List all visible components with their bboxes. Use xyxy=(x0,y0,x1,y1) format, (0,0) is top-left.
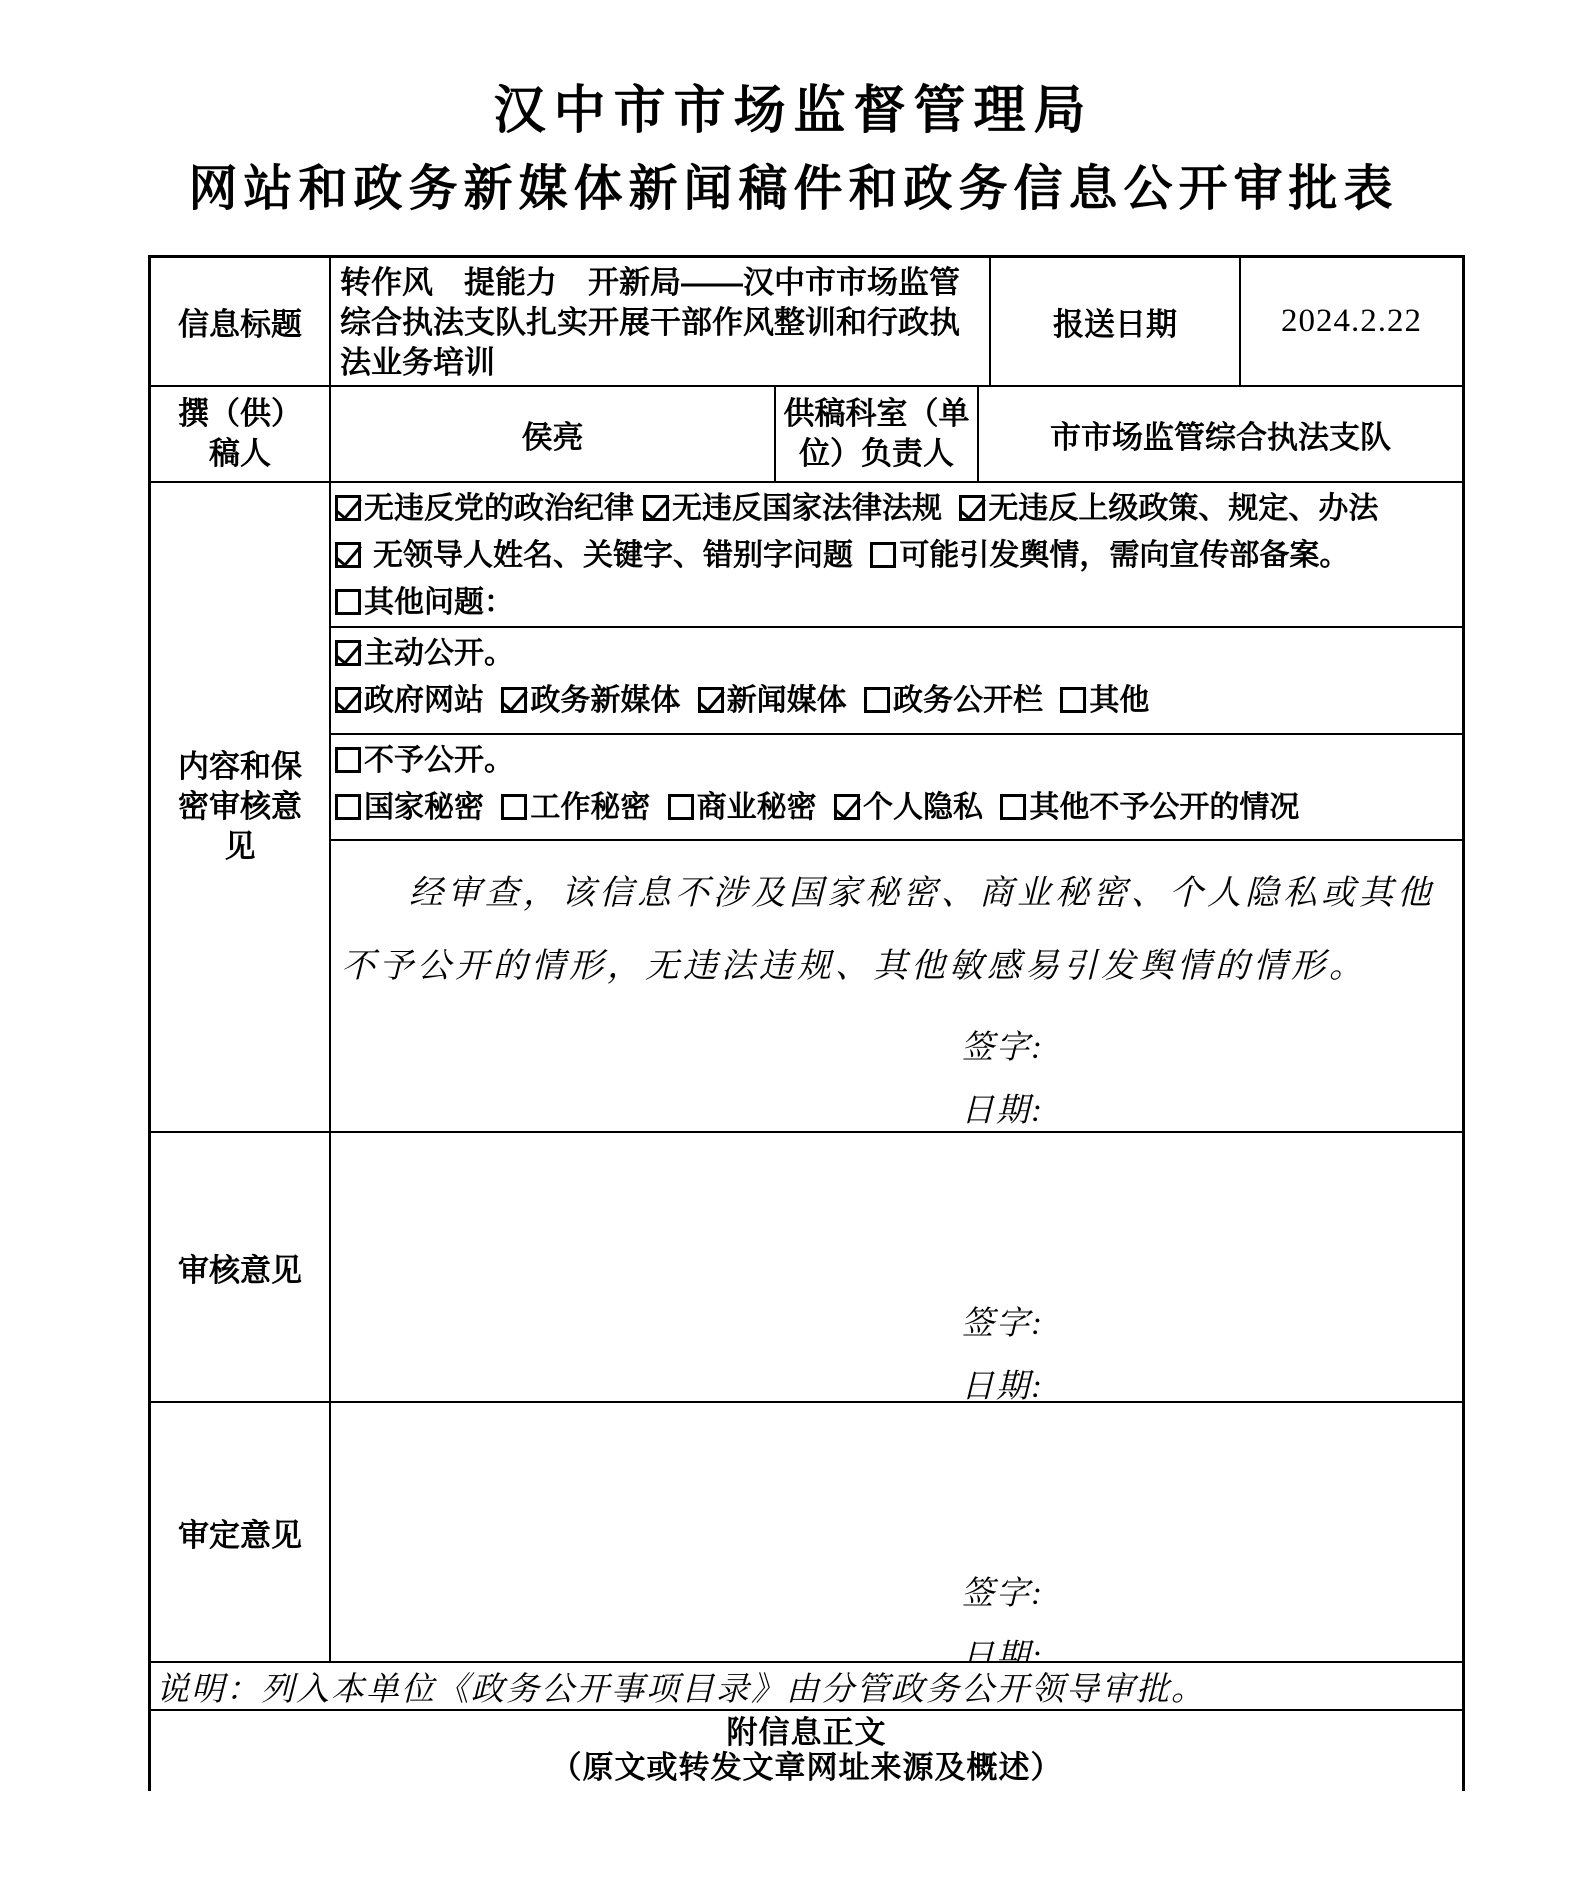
checkbox-unchecked-icon[interactable] xyxy=(668,794,694,820)
checkbox-may-cause-public-opinion[interactable]: 可能引发舆情，需向宣传部备案。 xyxy=(870,532,1349,579)
checkbox-proactive-disclosure[interactable]: 主动公开。 xyxy=(335,630,514,677)
checkbox-work-secret[interactable]: 工作秘密 xyxy=(501,784,650,831)
approval-opinion-area: 签字: 日期: xyxy=(331,1403,1462,1661)
author-label: 撰（供）稿人 xyxy=(151,387,331,481)
review-statement-section: 经审查，该信息不涉及国家秘密、商业秘密、个人隐私或其他不予公开的情形，无违法违规… xyxy=(331,841,1462,1131)
appendix-title: 附信息正文 xyxy=(151,1715,1462,1750)
nondisclosure-reasons-line: 国家秘密 工作秘密 商业秘密 个人隐私 其他不予公开的情况 xyxy=(335,784,1458,831)
checkbox-unchecked-icon[interactable] xyxy=(870,542,896,568)
checkbox-no-party-discipline-violation[interactable]: 无违反党的政治纪律 xyxy=(335,485,634,532)
approval-opinion-row: 审定意见 签字: 日期: xyxy=(151,1403,1462,1663)
checkbox-other-nondisclosure[interactable]: 其他不予公开的情况 xyxy=(1000,784,1299,831)
checkbox-no-leader-name-typo-issues[interactable]: 无领导人姓名、关键字、错别字问题 xyxy=(335,532,853,579)
date-label: 日期: xyxy=(961,1080,1044,1131)
document-subtitle: 网站和政务新媒体新闻稿件和政务信息公开审批表 xyxy=(0,150,1587,220)
dept-head-label: 供稿科室（单位）负责人 xyxy=(776,387,979,481)
review-opinion-signature-block: 签字: 日期: xyxy=(961,1293,1044,1401)
review-statement-text: 经审查，该信息不涉及国家秘密、商业秘密、个人隐私或其他不予公开的情形，无违法违规… xyxy=(335,843,1458,1003)
review-opinion-area: 签字: 日期: xyxy=(331,1133,1462,1401)
checkbox-checked-icon[interactable] xyxy=(698,687,724,713)
checkbox-checked-icon[interactable] xyxy=(834,794,860,820)
checkbox-no-law-violation[interactable]: 无违反国家法律法规 xyxy=(643,485,942,532)
signature-label: 签字: xyxy=(961,1293,1044,1356)
checkbox-business-secret[interactable]: 商业秘密 xyxy=(668,784,817,831)
content-review-area: 无违反党的政治纪律无违反国家法律法规 无违反上级政策、规定、办法 无领导人姓名、… xyxy=(331,483,1462,1131)
nondisclosure-line: 不予公开。 xyxy=(335,737,1458,784)
approval-opinion-label: 审定意见 xyxy=(151,1403,331,1661)
checkbox-unchecked-icon[interactable] xyxy=(335,747,361,773)
content-check-line-3: 其他问题： xyxy=(335,579,1458,626)
checkbox-unchecked-icon[interactable] xyxy=(1000,794,1026,820)
checkbox-checked-icon[interactable] xyxy=(335,640,361,666)
approval-opinion-signature-block: 签字: 日期: xyxy=(961,1563,1044,1661)
content-check-line-2: 无领导人姓名、关键字、错别字问题 可能引发舆情，需向宣传部备案。 xyxy=(335,532,1458,579)
date-label: 日期: xyxy=(961,1626,1044,1661)
review-signature-block: 签字: 日期: xyxy=(961,1017,1044,1131)
checkbox-checked-icon[interactable] xyxy=(335,687,361,713)
checkbox-no-policy-violation[interactable]: 无违反上级政策、规定、办法 xyxy=(959,485,1378,532)
checkbox-unchecked-icon[interactable] xyxy=(335,794,361,820)
content-check-line-1: 无违反党的政治纪律无违反国家法律法规 无违反上级政策、规定、办法 xyxy=(335,485,1458,532)
checkbox-gov-new-media[interactable]: 政务新媒体 xyxy=(501,677,680,724)
checkbox-checked-icon[interactable] xyxy=(959,495,985,521)
checkbox-other-channel[interactable]: 其他 xyxy=(1060,677,1149,724)
content-check-section: 无违反党的政治纪律无违反国家法律法规 无违反上级政策、规定、办法 无领导人姓名、… xyxy=(331,483,1462,628)
approval-form-page: 汉中市市场监督管理局 网站和政务新媒体新闻稿件和政务信息公开审批表 信息标题 转… xyxy=(0,0,1587,1894)
review-opinion-row: 审核意见 签字: 日期: xyxy=(151,1133,1462,1403)
checkbox-checked-icon[interactable] xyxy=(643,495,669,521)
info-title-value: 转作风 提能力 开新局——汉中市市场监管综合执法支队扎实开展干部作风整训和行政执… xyxy=(331,258,991,385)
info-title-label: 信息标题 xyxy=(151,258,331,385)
checkbox-unchecked-icon[interactable] xyxy=(1060,687,1086,713)
checkbox-news-media[interactable]: 新闻媒体 xyxy=(698,677,847,724)
content-review-row: 内容和保密审核意见 无违反党的政治纪律无违反国家法律法规 无违反上级政策、规定、… xyxy=(151,483,1462,1133)
disclosure-channels-line: 政府网站 政务新媒体 新闻媒体 政务公开栏 其他 xyxy=(335,677,1458,724)
checkbox-checked-icon[interactable] xyxy=(501,687,527,713)
checkbox-personal-privacy[interactable]: 个人隐私 xyxy=(834,784,983,831)
checkbox-gov-website[interactable]: 政府网站 xyxy=(335,677,484,724)
info-title-row: 信息标题 转作风 提能力 开新局——汉中市市场监管综合执法支队扎实开展干部作风整… xyxy=(151,258,1462,387)
approval-table: 信息标题 转作风 提能力 开新局——汉中市市场监管综合执法支队扎实开展干部作风整… xyxy=(148,255,1465,1791)
appendix-subtitle: （原文或转发文章网址来源及概述） xyxy=(151,1750,1462,1785)
appendix-area: 附信息正文 （原文或转发文章网址来源及概述） xyxy=(151,1711,1462,1791)
appendix-row: 附信息正文 （原文或转发文章网址来源及概述） xyxy=(151,1711,1462,1791)
document-title: 汉中市市场监督管理局 xyxy=(0,68,1587,143)
signature-label: 签字: xyxy=(961,1563,1044,1626)
signature-label: 签字: xyxy=(961,1017,1044,1080)
report-date-value: 2024.2.22 xyxy=(1241,258,1462,385)
note-row: 说明：列入本单位《政务公开事项目录》由分管政务公开领导审批。 xyxy=(151,1663,1462,1711)
report-date-label: 报送日期 xyxy=(991,258,1241,385)
checkbox-unchecked-icon[interactable] xyxy=(864,687,890,713)
proactive-disclosure-section: 主动公开。 政府网站 政务新媒体 新闻媒体 政务公开栏 其他 xyxy=(331,628,1462,735)
checkbox-state-secret[interactable]: 国家秘密 xyxy=(335,784,484,831)
date-label: 日期: xyxy=(961,1356,1044,1401)
proactive-disclosure-line: 主动公开。 xyxy=(335,630,1458,677)
checkbox-unchecked-icon[interactable] xyxy=(335,589,361,615)
author-row: 撰（供）稿人 侯亮 供稿科室（单位）负责人 市市场监管综合执法支队 xyxy=(151,387,1462,483)
checkbox-unchecked-icon[interactable] xyxy=(501,794,527,820)
nondisclosure-section: 不予公开。 国家秘密 工作秘密 商业秘密 个人隐私 其他不予公开的情况 xyxy=(331,735,1462,841)
checkbox-gov-disclosure-board[interactable]: 政务公开栏 xyxy=(864,677,1043,724)
checkbox-no-disclosure[interactable]: 不予公开。 xyxy=(335,737,514,784)
note-text: 说明：列入本单位《政务公开事项目录》由分管政务公开领导审批。 xyxy=(151,1663,1462,1709)
checkbox-other-issues[interactable]: 其他问题： xyxy=(335,579,514,626)
review-opinion-label: 审核意见 xyxy=(151,1133,331,1401)
content-review-label: 内容和保密审核意见 xyxy=(151,483,331,1131)
dept-head-value: 市市场监管综合执法支队 xyxy=(979,387,1462,481)
checkbox-checked-icon[interactable] xyxy=(335,542,361,568)
author-name: 侯亮 xyxy=(331,387,776,481)
checkbox-checked-icon[interactable] xyxy=(335,495,361,521)
